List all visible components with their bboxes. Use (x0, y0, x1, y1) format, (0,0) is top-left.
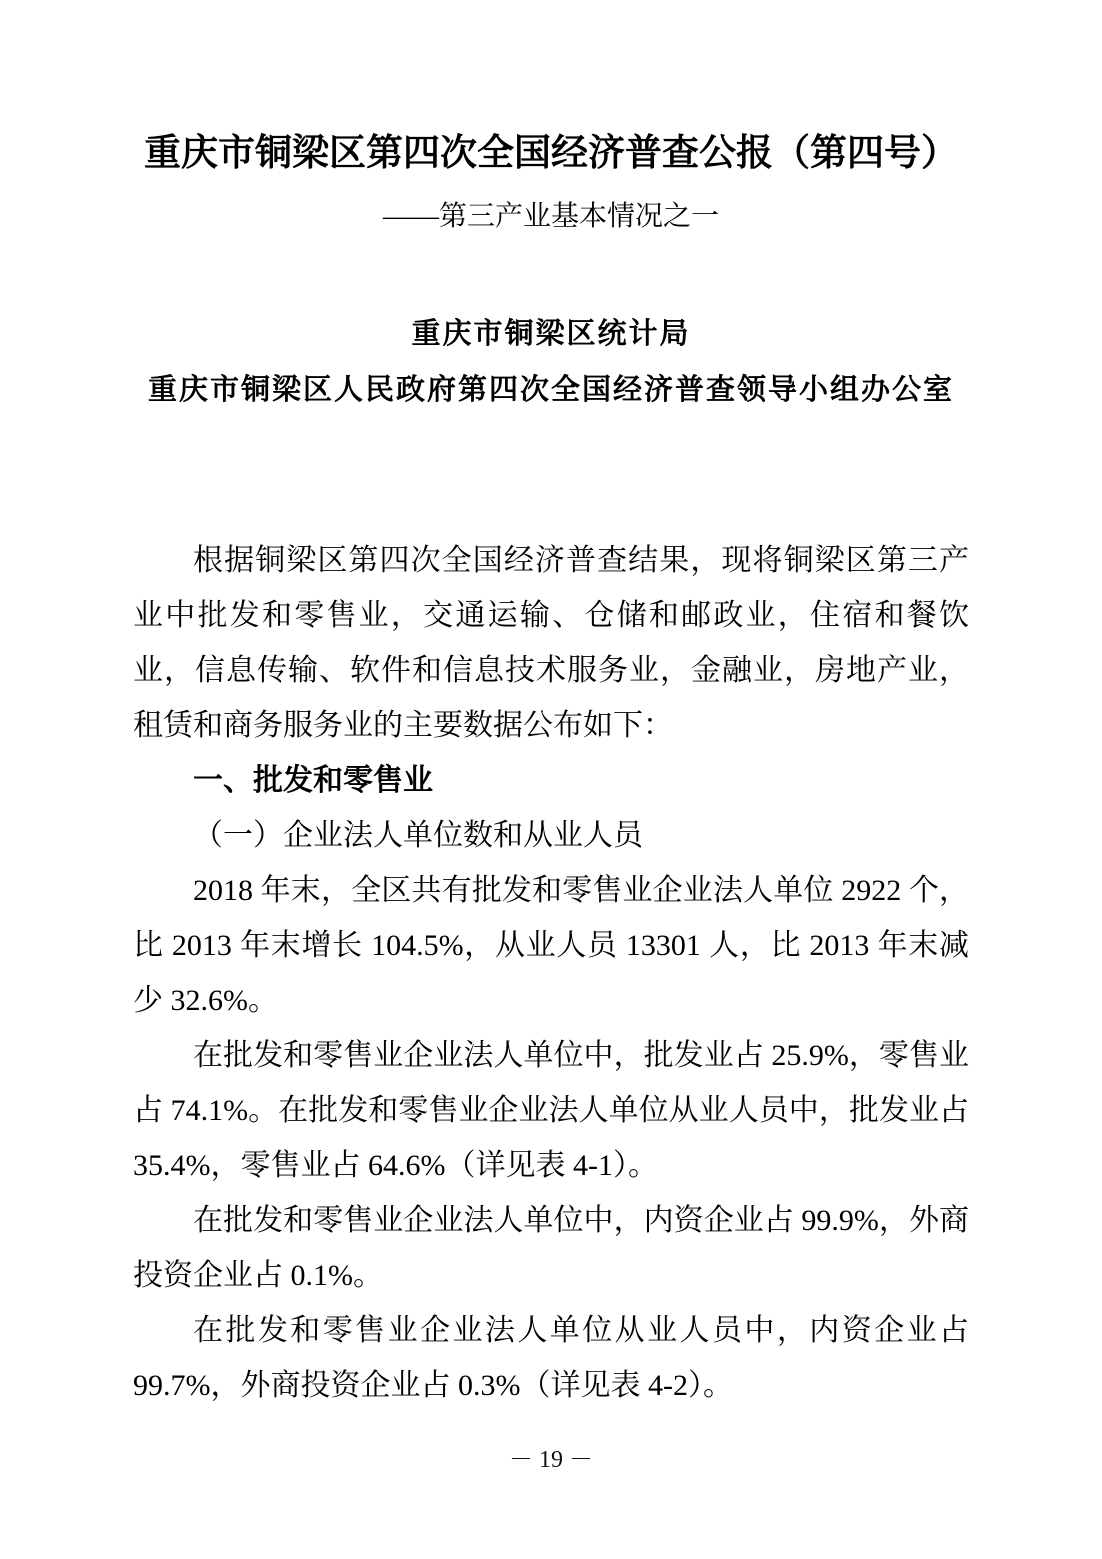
issuer-block: 重庆市铜梁区统计局 重庆市铜梁区人民政府第四次全国经济普查领导小组办公室 (0, 306, 1102, 418)
document-page: 重庆市铜梁区第四次全国经济普查公报（第四号） ——第三产业基本情况之一 重庆市铜… (0, 0, 1102, 1559)
issuer-line-statistics-bureau: 重庆市铜梁区统计局 (0, 306, 1102, 362)
paragraph-wholesale-retail-share: 在批发和零售业企业法人单位中，批发业占 25.9%，零售业占 74.1%。在批发… (133, 1028, 969, 1193)
section-1-heading: 一、批发和零售业 (133, 753, 969, 808)
document-subtitle: ——第三产业基本情况之一 (0, 196, 1102, 238)
page-number: － 19 － (0, 1443, 1102, 1477)
paragraph-domestic-foreign-units: 在批发和零售业企业法人单位中，内资企业占 99.9%，外商投资企业占 0.1%。 (133, 1193, 969, 1303)
intro-paragraph: 根据铜梁区第四次全国经济普查结果，现将铜梁区第三产业中批发和零售业，交通运输、仓… (133, 533, 969, 753)
paragraph-units-employees: 2018 年末，全区共有批发和零售业企业法人单位 2922 个，比 2013 年… (133, 863, 969, 1028)
document-title: 重庆市铜梁区第四次全国经济普查公报（第四号） (120, 128, 982, 180)
section-1-1-heading: （一）企业法人单位数和从业人员 (133, 808, 969, 863)
paragraph-domestic-foreign-employees: 在批发和零售业企业法人单位从业人员中，内资企业占 99.7%，外商投资企业占 0… (133, 1303, 969, 1413)
issuer-line-census-leading-group-office: 重庆市铜梁区人民政府第四次全国经济普查领导小组办公室 (0, 362, 1102, 418)
document-body: 根据铜梁区第四次全国经济普查结果，现将铜梁区第三产业中批发和零售业，交通运输、仓… (133, 533, 969, 1413)
